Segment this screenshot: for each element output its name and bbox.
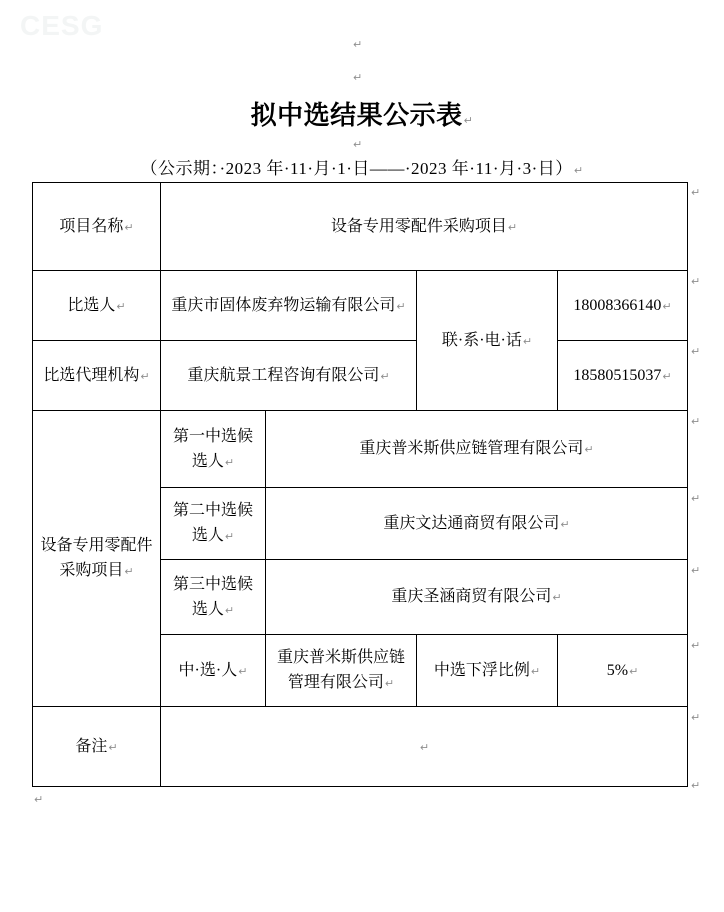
- paragraph-mark: ↵: [531, 665, 540, 678]
- remark-value-cell: ↵: [161, 707, 688, 787]
- candidate3-value: 重庆圣涵商贸有限公司: [391, 588, 551, 605]
- candidate2-value: 重庆文达通商贸有限公司: [383, 515, 559, 532]
- bidder-label-cell: 比选人↵: [33, 271, 161, 341]
- winner-value-line2-text: 管理有限公司: [288, 674, 384, 691]
- project-name-label: 项目名称: [59, 218, 123, 235]
- result-table: 项目名称↵ 设备专用零配件采购项目↵ 比选人↵ 重庆市固体废弃物运输有限公司↵ …: [32, 182, 688, 787]
- winner-value-line1: 重庆普米斯供应链: [266, 645, 416, 670]
- table-row: 项目名称↵ 设备专用零配件采购项目↵: [33, 183, 688, 271]
- agency-label-cell: 比选代理机构↵: [33, 341, 161, 411]
- row-end-mark: ↵: [691, 415, 700, 428]
- table-row: 备注↵ ↵: [33, 707, 688, 787]
- agency-value: 重庆航景工程咨询有限公司: [187, 367, 379, 384]
- agency-phone: 18580515037: [573, 367, 661, 384]
- section-label-line2: 采购项目↵: [33, 558, 160, 584]
- paragraph-mark: ↵: [353, 71, 362, 84]
- agency-phone-cell: 18580515037↵: [558, 341, 688, 411]
- bidder-phone-cell: 18008366140↵: [558, 271, 688, 341]
- winner-label: 中·选·人: [179, 662, 238, 679]
- page-title: 拟中选结果公示表↵: [0, 95, 724, 132]
- paragraph-mark: ↵: [140, 370, 149, 383]
- contact-phone-label: 联·系·电·话: [442, 332, 522, 349]
- bidder-value-cell: 重庆市固体废弃物运输有限公司↵: [161, 271, 417, 341]
- page-title-text: 拟中选结果公示表: [251, 101, 463, 130]
- discount-label: 中选下浮比例: [434, 662, 530, 679]
- candidate2-label-line1: 第二中选候: [161, 498, 265, 523]
- bidder-label: 比选人: [67, 297, 115, 314]
- paragraph-mark: ↵: [124, 565, 133, 578]
- paragraph-mark: ↵: [353, 138, 362, 151]
- paragraph-mark: ↵: [396, 300, 405, 313]
- paragraph-mark: ↵: [238, 665, 247, 678]
- paragraph-mark: ↵: [385, 677, 394, 690]
- table-row: 设备专用零配件 采购项目↵ 第一中选候 选人↵ 重庆普米斯供应链管理有限公司↵: [33, 411, 688, 488]
- table-row: 比选人↵ 重庆市固体废弃物运输有限公司↵ 联·系·电·话↵ 1800836614…: [33, 271, 688, 341]
- contact-phone-label-cell: 联·系·电·话↵: [417, 271, 558, 411]
- candidate1-value-cell: 重庆普米斯供应链管理有限公司↵: [266, 411, 688, 488]
- paragraph-mark: ↵: [380, 370, 389, 383]
- row-end-mark: ↵: [691, 345, 700, 358]
- candidate3-value-cell: 重庆圣涵商贸有限公司↵: [266, 560, 688, 635]
- project-name-label-cell: 项目名称↵: [33, 183, 161, 271]
- row-end-mark: ↵: [691, 186, 700, 199]
- candidate3-label-line2: 选人↵: [161, 597, 265, 623]
- publicity-period-text: （公示期：·2023 年·11·月·1·日——·2023 年·11·月·3·日）: [140, 159, 572, 178]
- candidate2-label-cell: 第二中选候 选人↵: [161, 488, 266, 560]
- candidate1-label-line1: 第一中选候: [161, 424, 265, 449]
- row-end-mark: ↵: [691, 275, 700, 288]
- section-label-cell: 设备专用零配件 采购项目↵: [33, 411, 161, 707]
- bidder-value: 重庆市固体废弃物运输有限公司: [171, 297, 395, 314]
- paragraph-mark: ↵: [124, 221, 133, 234]
- paragraph-mark: ↵: [464, 114, 474, 127]
- candidate3-label-cell: 第三中选候 选人↵: [161, 560, 266, 635]
- paragraph-mark: ↵: [584, 443, 593, 456]
- candidate2-label-line2: 选人↵: [161, 523, 265, 549]
- candidate2-value-cell: 重庆文达通商贸有限公司↵: [266, 488, 688, 560]
- paragraph-mark: ↵: [508, 221, 517, 234]
- row-end-mark: ↵: [691, 639, 700, 652]
- section-label-line1: 设备专用零配件: [33, 533, 160, 558]
- document-page: CESG ↵ ↵ 拟中选结果公示表↵ ↵ （公示期：·2023 年·11·月·1…: [0, 0, 724, 912]
- section-label-line2-text: 采购项目: [59, 562, 123, 579]
- paragraph-mark: ↵: [662, 300, 671, 313]
- agency-label: 比选代理机构: [43, 367, 139, 384]
- paragraph-mark: ↵: [552, 591, 561, 604]
- paragraph-mark: ↵: [116, 300, 125, 313]
- discount-label-cell: 中选下浮比例↵: [417, 635, 558, 707]
- row-end-mark: ↵: [691, 564, 700, 577]
- project-name-value: 设备专用零配件采购项目: [331, 218, 507, 235]
- candidate1-label-line2: 选人↵: [161, 449, 265, 475]
- agency-value-cell: 重庆航景工程咨询有限公司↵: [161, 341, 417, 411]
- paragraph-mark: ↵: [629, 665, 638, 678]
- discount-value: 5%: [607, 662, 628, 679]
- watermark: CESG: [20, 10, 103, 42]
- paragraph-mark: ↵: [523, 335, 532, 348]
- paragraph-mark: ↵: [108, 741, 117, 754]
- paragraph-mark: ↵: [225, 530, 234, 543]
- paragraph-mark: ↵: [353, 38, 362, 51]
- paragraph-mark: ↵: [420, 741, 429, 754]
- discount-value-cell: 5%↵: [558, 635, 688, 707]
- winner-value-line2: 管理有限公司↵: [266, 670, 416, 696]
- row-end-mark: ↵: [691, 779, 700, 792]
- candidate3-label-line1: 第三中选候: [161, 572, 265, 597]
- paragraph-mark: ↵: [225, 456, 234, 469]
- candidate1-label-cell: 第一中选候 选人↵: [161, 411, 266, 488]
- candidate1-label-line2-text: 选人: [192, 453, 224, 470]
- row-end-mark: ↵: [691, 711, 700, 724]
- bidder-phone: 18008366140: [573, 297, 661, 314]
- candidate2-label-line2-text: 选人: [192, 527, 224, 544]
- winner-value-cell: 重庆普米斯供应链 管理有限公司↵: [266, 635, 417, 707]
- paragraph-mark: ↵: [34, 793, 43, 806]
- project-name-value-cell: 设备专用零配件采购项目↵: [161, 183, 688, 271]
- publicity-period: （公示期：·2023 年·11·月·1·日——·2023 年·11·月·3·日）…: [0, 154, 724, 179]
- candidate3-label-line2-text: 选人: [192, 601, 224, 618]
- paragraph-mark: ↵: [662, 370, 671, 383]
- paragraph-mark: ↵: [574, 164, 584, 177]
- candidate1-value: 重庆普米斯供应链管理有限公司: [359, 440, 583, 457]
- row-end-mark: ↵: [691, 492, 700, 505]
- remark-label: 备注: [75, 738, 107, 755]
- remark-label-cell: 备注↵: [33, 707, 161, 787]
- paragraph-mark: ↵: [560, 518, 569, 531]
- winner-label-cell: 中·选·人↵: [161, 635, 266, 707]
- table-row: 比选代理机构↵ 重庆航景工程咨询有限公司↵ 18580515037↵: [33, 341, 688, 411]
- paragraph-mark: ↵: [225, 604, 234, 617]
